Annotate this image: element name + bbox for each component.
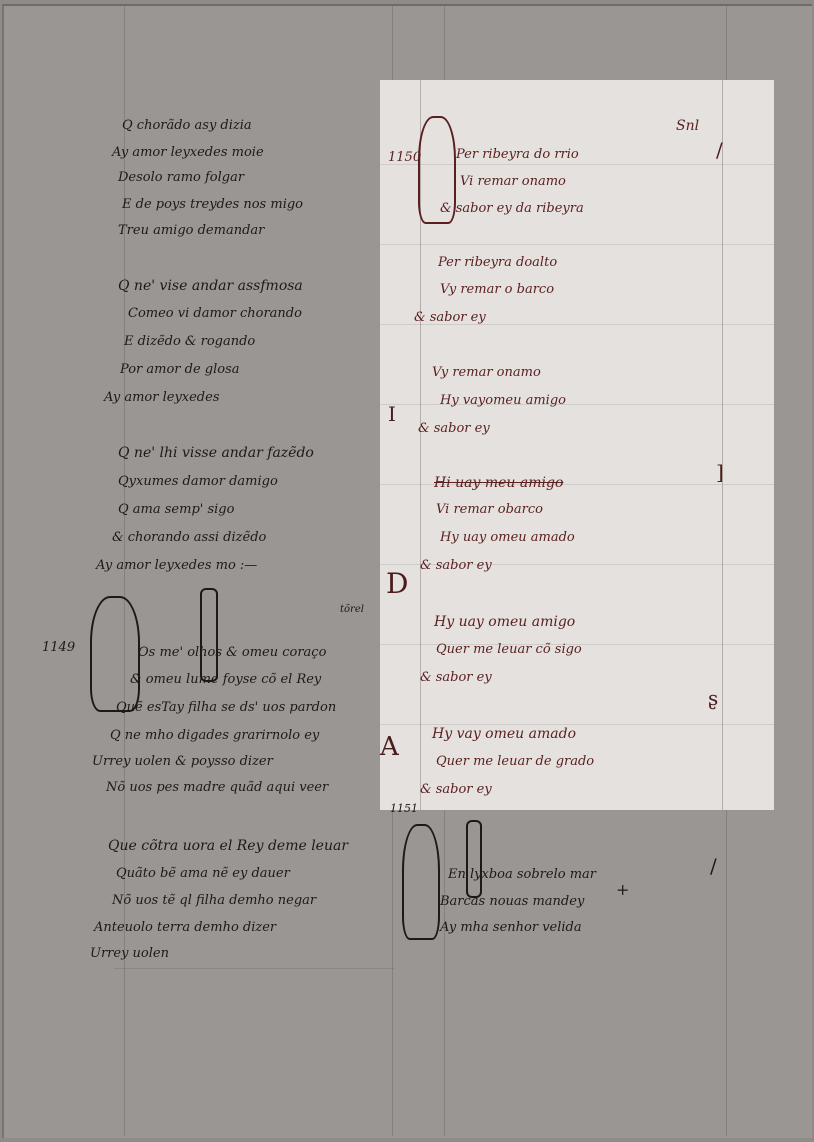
verse-line: Per ribeyra doalto (438, 255, 557, 270)
decorated-ascender (466, 820, 482, 898)
verse-line: E dizẽdo & rogando (124, 334, 255, 349)
verse-line: Per ribeyra do rrio (456, 147, 579, 162)
verse-line: Ay amor leyxedes (104, 390, 220, 405)
verse-line: & sabor ey (420, 670, 492, 685)
verse-line: & chorando assi dizẽdo (112, 530, 266, 545)
verse-line: & sabor ey (420, 558, 492, 573)
verse-line: Anteuolo terra demho dizer (94, 920, 276, 935)
verse-line: Q chorãdo asy dizia (122, 118, 252, 133)
verse-line: & sabor ey da ribeyra (440, 201, 584, 216)
verse-line: Vi remar obarco (436, 502, 543, 517)
verse-line: Nõ uos tẽ ql filha demho negar (112, 893, 316, 908)
verse-line: Barcas nouas mandey (440, 894, 584, 909)
verse-line: Q ne' vise andar assfmosa (118, 278, 303, 294)
margin-letter: I (388, 404, 396, 424)
verse-line: Desolo ramo folgar (118, 170, 244, 185)
verse-line: Hy uay omeu amado (440, 530, 575, 545)
top-mark: Snl (676, 118, 699, 134)
verse-line: Os me' olhos & omeu coraço (138, 645, 326, 660)
margin-stroke: / (716, 140, 723, 160)
verse-line: Vy remar o barco (440, 282, 554, 297)
verse-line: Hy uay omeu amigo (434, 614, 575, 630)
verse-line: Quer me leuar cõ sigo (436, 642, 582, 657)
margin-stroke: / (710, 856, 717, 876)
margin-stroke: ʂ (708, 688, 718, 708)
verse-line: Q ama semp' sigo (118, 502, 234, 517)
margin-stroke: ] (716, 462, 724, 482)
verse-line: Ay amor leyxedes mo :— (96, 558, 257, 573)
ruling-line (114, 968, 394, 969)
verse-line: Quãto bẽ ama nẽ ey dauer (116, 866, 290, 881)
verse-line: Hy vay omeu amado (432, 726, 576, 742)
verse-line: Ay amor leyxedes moie (112, 145, 264, 160)
verse-line: Quer me leuar de grado (436, 754, 594, 769)
decorated-ascender (200, 588, 218, 682)
verse-line-struck: Hi uay meu amigo (434, 475, 563, 491)
verse-line: Que cõtra uora el Rey deme leuar (108, 838, 348, 854)
verse-line: Urrey uolen (90, 946, 169, 961)
verse-line: & omeu lume foyse cõ el Rey (130, 672, 321, 687)
ruling-line (380, 244, 774, 245)
verse-line: Treu amigo demandar (118, 223, 264, 238)
cross-mark: + (616, 882, 629, 898)
verse-line: Quẽ esTay filha se ds' uos pardon (116, 700, 336, 715)
verse-line: Qyxumes damor damigo (118, 474, 278, 489)
verse-line: Q ne' lhi visse andar fazẽdo (118, 445, 314, 461)
ruling-line (722, 80, 723, 810)
verse-line: Hy vayomeu amigo (440, 393, 566, 408)
verse-line: & sabor ey (418, 421, 490, 436)
poem-number: 1149 (42, 640, 75, 655)
verse-line: Vy remar onamo (432, 365, 541, 380)
poem-number: 1150 (388, 150, 421, 165)
verse-line: Ay mha senhor velida (440, 920, 582, 935)
verse-line: & sabor ey (420, 782, 492, 797)
verse-line: Vi remar onamo (460, 174, 566, 189)
verse-line: Por amor de glosa (120, 362, 240, 377)
ruling-line (380, 724, 774, 725)
verse-line: Urrey uolen & poysso dizer (92, 754, 273, 769)
verse-line: Nõ uos pes madre quãd aqui veer (106, 780, 328, 795)
margin-letter: A (380, 734, 399, 760)
poem-number: 1151 (390, 802, 418, 815)
decorated-initial (90, 596, 140, 712)
margin-letter: D (386, 570, 408, 598)
verse-line: E de poys treydes nos migo (122, 197, 303, 212)
verse-line: Q ne mho digades grarirnolo ey (110, 728, 319, 743)
verse-line: & sabor ey (414, 310, 486, 325)
verse-line: En lyxboa sobrelo mar (448, 867, 596, 882)
verse-line: Comeo vi damor chorando (128, 306, 302, 321)
decorated-initial (402, 824, 440, 940)
marginal-note: tõrel (340, 604, 364, 615)
